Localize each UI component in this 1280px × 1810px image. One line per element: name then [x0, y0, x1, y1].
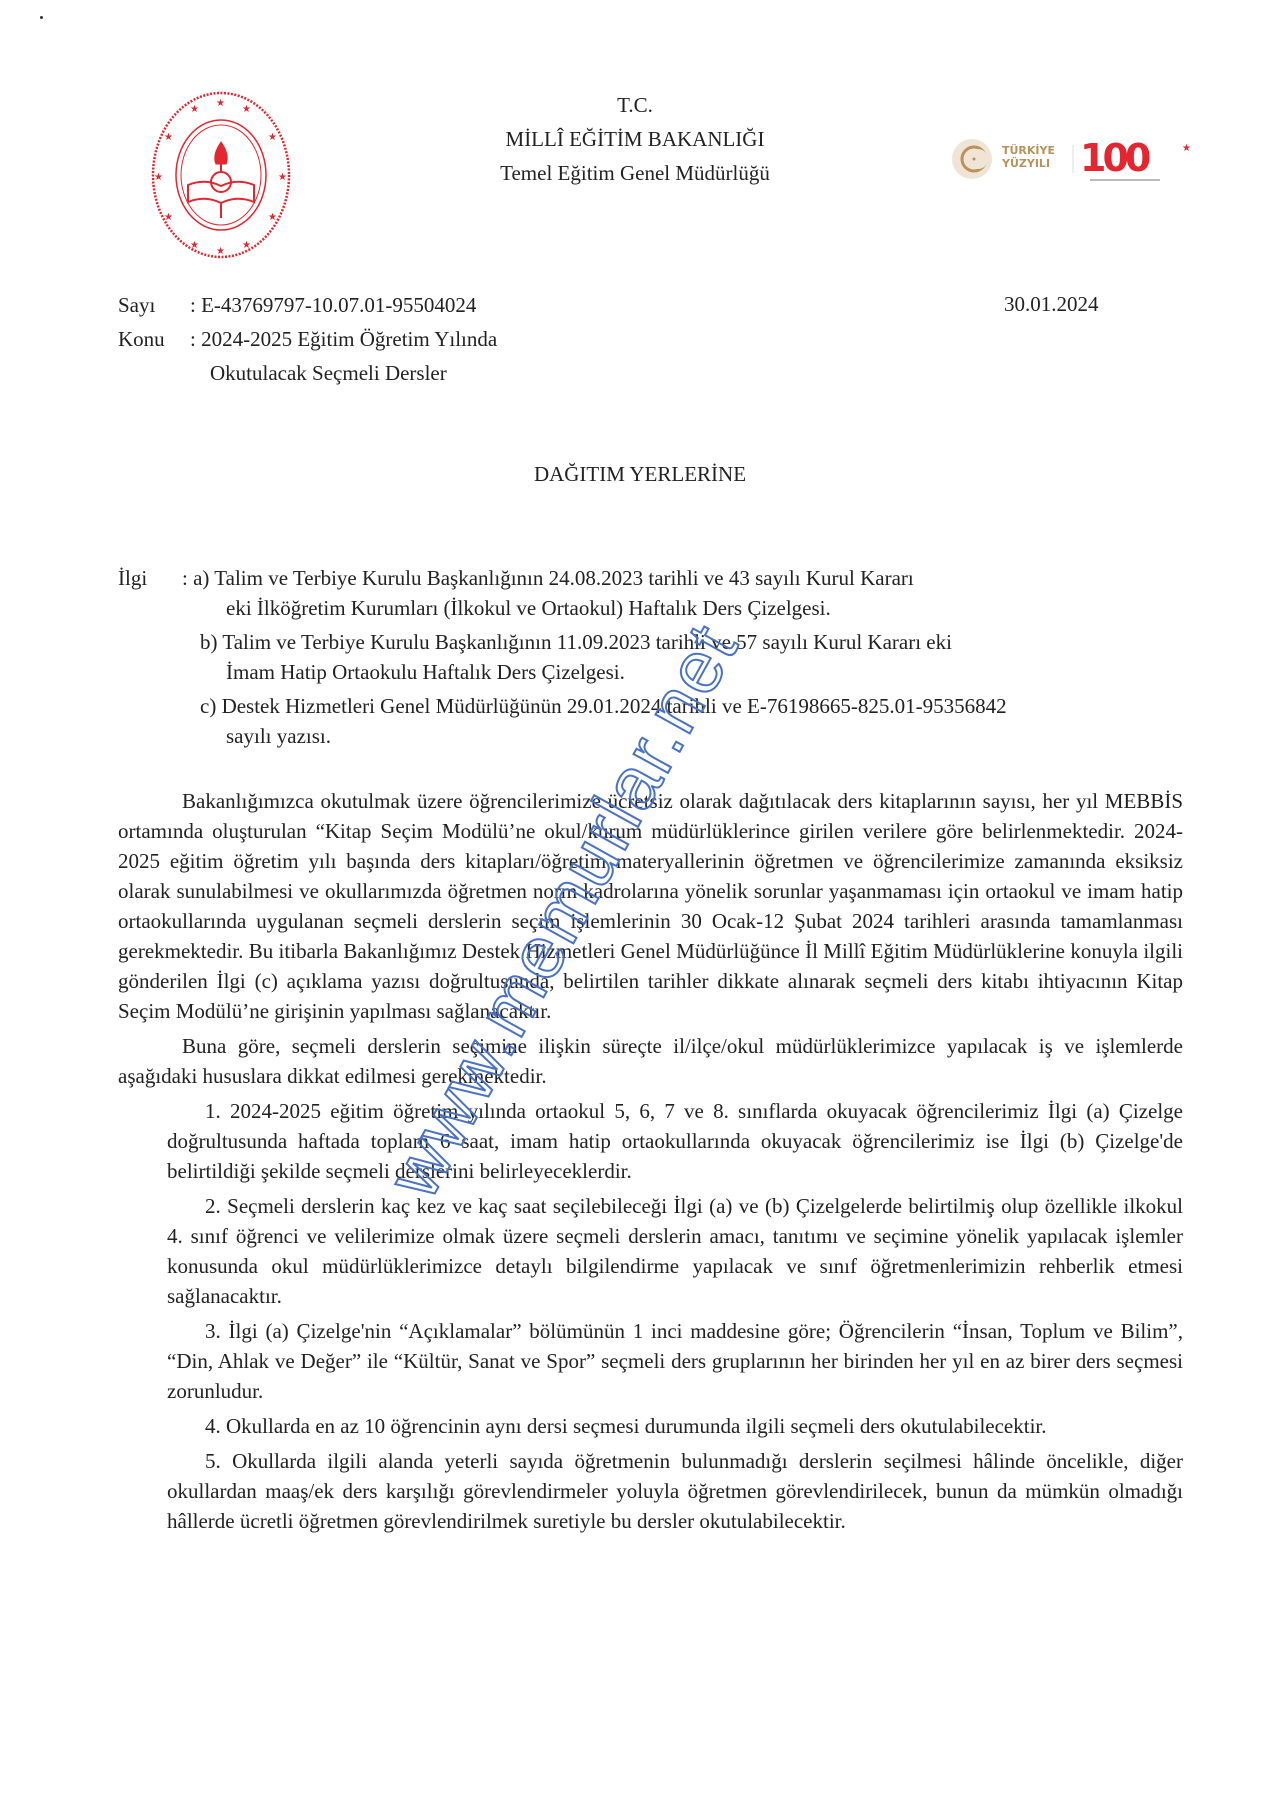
list-item-2: 2. Seçmeli derslerin kaç kez ve kaç saat… [167, 1191, 1183, 1311]
konu-label: Konu [118, 322, 190, 356]
header-ministry: MİLLÎ EĞİTİM BAKANLIĞI [0, 122, 1280, 156]
list-item-5: 5. Okullarda ilgili alanda yeterli sayıd… [167, 1446, 1183, 1536]
paragraph-2: Buna göre, seçmeli derslerin seçimine il… [118, 1031, 1183, 1091]
reference-a-line1: : a) Talim ve Terbiye Kurulu Başkanlığın… [182, 563, 1198, 593]
sayi-row: Sayı: E-43769797-10.07.01-95504024 [118, 288, 476, 322]
ilgi-label: İlgi [118, 563, 147, 593]
letter-body: Bakanlığımızca okutulmak üzere öğrencile… [118, 786, 1183, 1541]
list-item-1: 1. 2024-2025 eğitim öğretim yılında orta… [167, 1096, 1183, 1186]
header-department: Temel Eğitim Genel Müdürlüğü [0, 156, 1280, 190]
konu-value-1: : 2024-2025 Eğitim Öğretim Yılında [190, 327, 497, 351]
svg-text:★: ★ [190, 240, 199, 251]
konu-row: Konu: 2024-2025 Eğitim Öğretim Yılında [118, 322, 497, 356]
konu-value-2: Okutulacak Seçmeli Dersler [210, 356, 447, 390]
list-item-4: 4. Okullarda en az 10 öğrencinin aynı de… [167, 1411, 1183, 1441]
header-tc: T.C. [0, 88, 1280, 122]
scan-speck [40, 16, 43, 19]
reference-a-line2: eki İlköğretim Kurumları (İlkokul ve Ort… [226, 593, 1198, 623]
svg-text:★: ★ [216, 246, 225, 257]
sayi-value: : E-43769797-10.07.01-95504024 [190, 293, 476, 317]
letterhead: T.C. MİLLÎ EĞİTİM BAKANLIĞI Temel Eğitim… [0, 88, 1280, 190]
distribution-heading: DAĞITIM YERLERİNE [0, 462, 1280, 487]
svg-text:★: ★ [164, 212, 173, 223]
document-date: 30.01.2024 [1004, 292, 1099, 317]
sayi-label: Sayı [118, 288, 190, 322]
svg-text:★: ★ [242, 240, 251, 251]
list-item-3: 3. İlgi (a) Çizelge'nin “Açıklamalar” bö… [167, 1316, 1183, 1406]
svg-text:★: ★ [268, 212, 277, 223]
